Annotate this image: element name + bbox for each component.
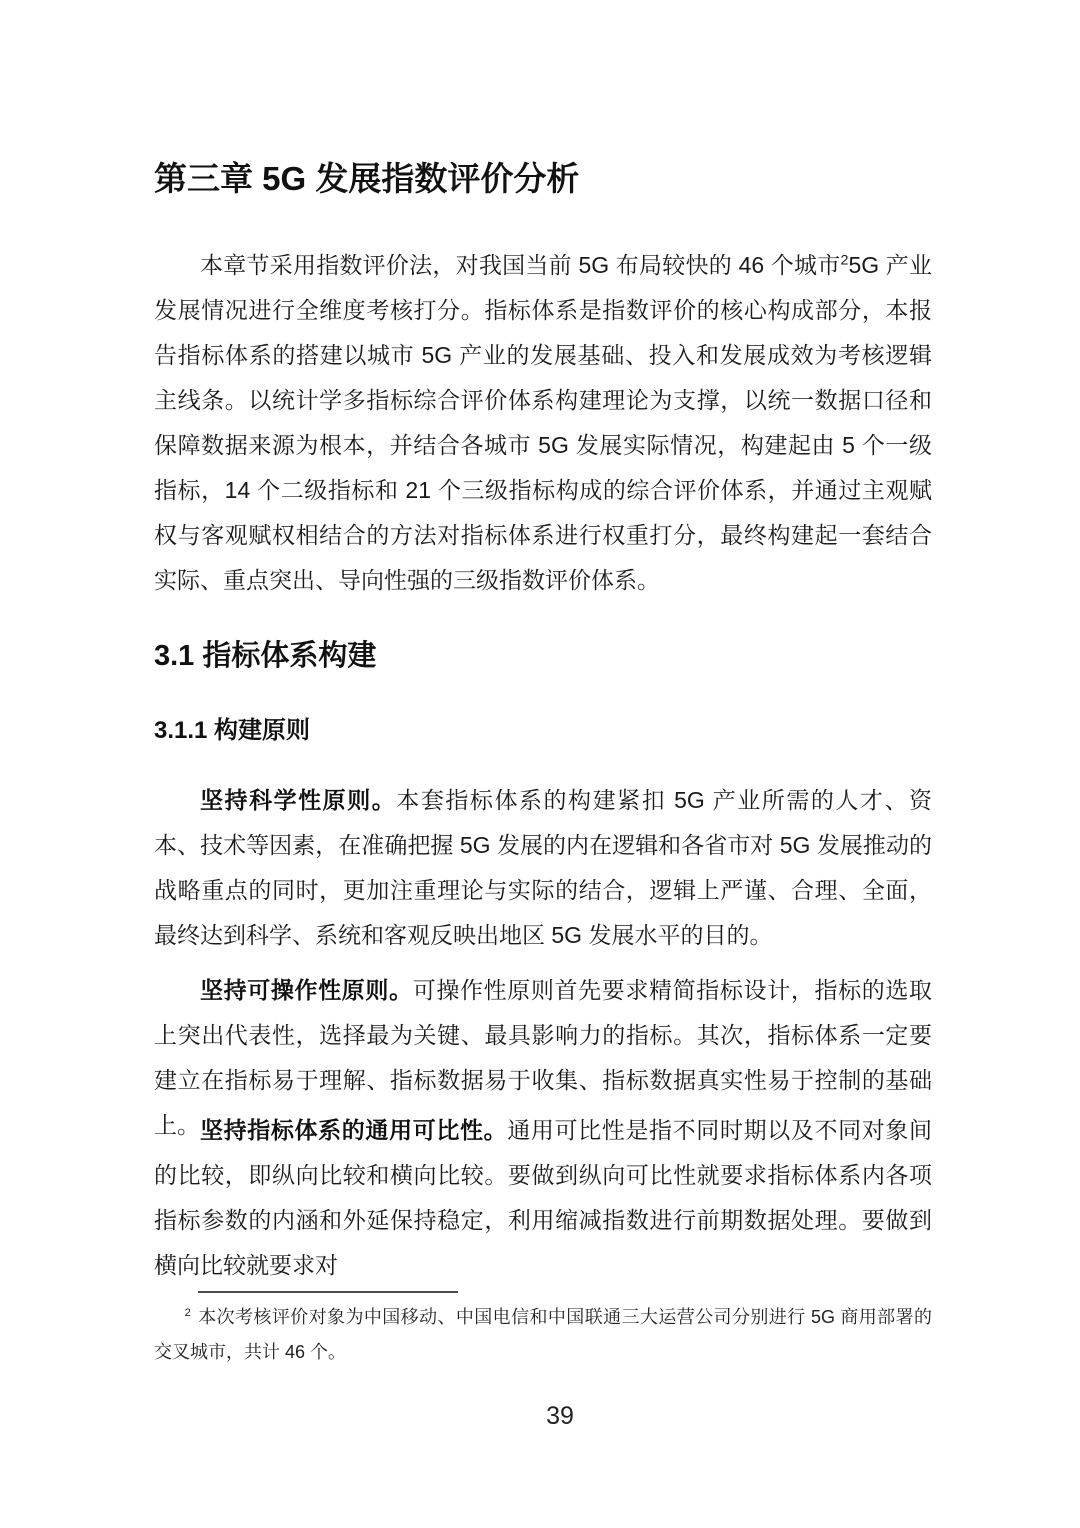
subsection-title-3-1-1: 3.1.1 构建原则 [154, 716, 310, 746]
page-number: 39 [20, 1401, 1080, 1431]
chapter-title: 第三章 5G 发展指数评价分析 [154, 158, 954, 200]
intro-paragraph: 本章节采用指数评价法，对我国当前 5G 布局较快的 46 个城市25G 产业发展… [154, 243, 932, 603]
footnote-text: 本次考核评价对象为中国移动、中国电信和中国联通三大运营公司分别进行 5G 商用部… [154, 1307, 932, 1362]
section-title-3-1: 3.1 指标体系构建 [154, 638, 376, 674]
footnote: 2本次考核评价对象为中国移动、中国电信和中国联通三大运营公司分别进行 5G 商用… [154, 1300, 932, 1370]
principle-paragraph-comparability: 坚持指标体系的通用可比性。通用可比性是指不同时期以及不同对象间的比较，即纵向比较… [154, 1108, 932, 1288]
footnote-marker: 2 [185, 1307, 191, 1319]
principle-paragraph-scientific: 坚持科学性原则。本套指标体系的构建紧扣 5G 产业所需的人才、资本、技术等因素，… [154, 778, 932, 958]
footnote-separator-rule [198, 1291, 458, 1293]
document-page: 第三章 5G 发展指数评价分析 本章节采用指数评价法，对我国当前 5G 布局较快… [0, 0, 1080, 1528]
